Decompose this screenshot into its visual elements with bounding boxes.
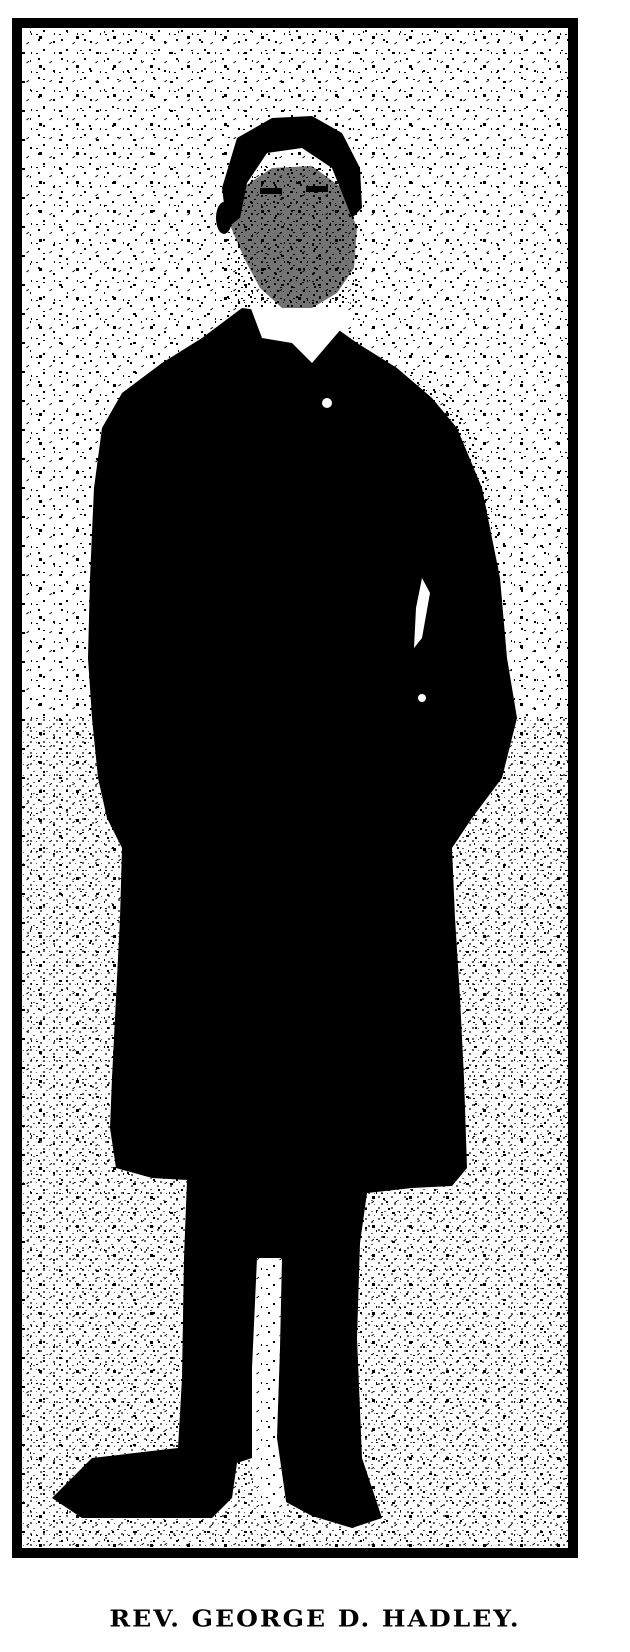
- portrait-illustration: [12, 18, 622, 1578]
- coat-button: [418, 694, 426, 702]
- coat-button: [322, 398, 332, 408]
- right-eye: [306, 186, 328, 192]
- portrait-photo: [12, 18, 510, 1522]
- ear: [216, 202, 232, 234]
- left-eye: [260, 188, 282, 194]
- photo-caption: REV. GEORGE D. HADLEY.: [0, 1605, 630, 1633]
